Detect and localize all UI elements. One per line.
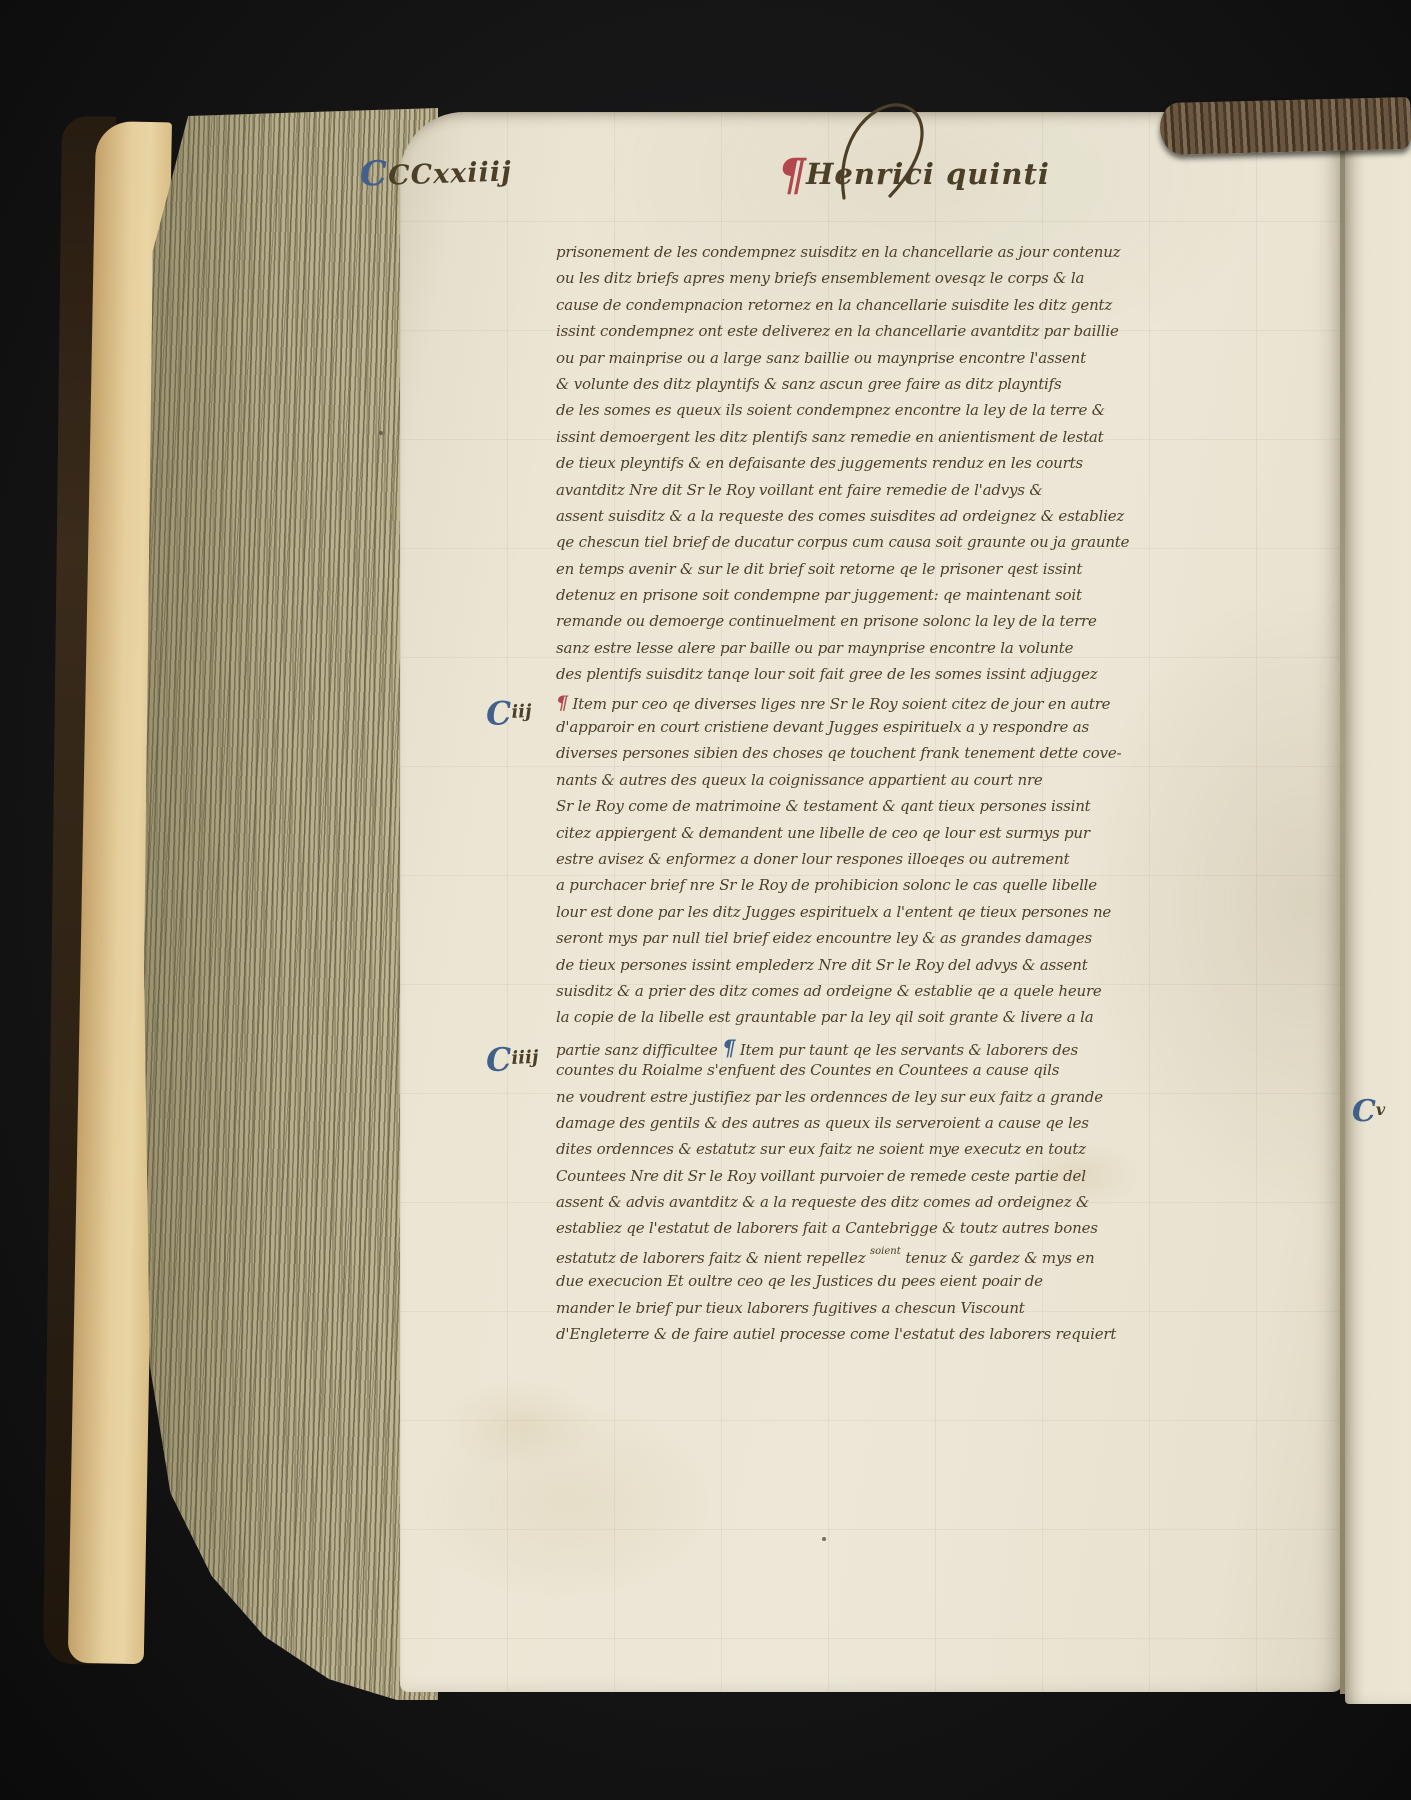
manuscript-line: partie sanz difficultee ¶ Item pur taunt… — [556, 1035, 1156, 1061]
manuscript-line: avantditz Nre dit Sr le Roy voillant ent… — [556, 481, 1156, 507]
manuscript-line: Countees Nre dit Sr le Roy voillant purv… — [556, 1167, 1156, 1193]
folio-initial: C — [359, 154, 388, 195]
manuscript-line: establiez qe l'estatut de laborers fait … — [556, 1219, 1156, 1245]
manuscript-line: en temps avenir & sur le dit brief soit … — [556, 560, 1156, 586]
margin-mark-initial: C — [485, 694, 512, 733]
spine-headband — [1159, 97, 1411, 155]
manuscript-line: estatutz de laborers faitz & nient repel… — [556, 1246, 1156, 1272]
manuscript-line: ne voudrent estre justifiez par les orde… — [556, 1088, 1156, 1114]
manuscript-line: dites ordennces & estatutz sur eux faitz… — [556, 1140, 1156, 1166]
ink-speck — [822, 1537, 826, 1541]
manuscript-line: assent & advis avantditz & a la requeste… — [556, 1193, 1156, 1219]
manuscript-line: d'Engleterre & de faire autiel processe … — [556, 1325, 1156, 1351]
manuscript-line: lour est done par les ditz Jugges espiri… — [556, 903, 1156, 929]
manuscript-line: seront mys par null tiel brief eidez enc… — [556, 929, 1156, 955]
margin-chapter-number-104: Ciiij — [485, 1039, 539, 1080]
manuscript-line: la copie de la libelle est grauntable pa… — [556, 1008, 1156, 1034]
manuscript-line: prisonement de les condempnez suisditz e… — [556, 243, 1156, 269]
manuscript-line: estre avisez & enformez a doner lour res… — [556, 850, 1156, 876]
manuscript-line: sanz estre lesse alere par baille ou par… — [556, 639, 1156, 665]
manuscript-line: & volunte des ditz playntifs & sanz ascu… — [556, 375, 1156, 401]
manuscript-line: due execucion Et oultre ceo qe les Justi… — [556, 1272, 1156, 1298]
manuscript-line: d'apparoir en court cristiene devant Jug… — [556, 718, 1156, 744]
next-mark-initial: C — [1352, 1094, 1376, 1129]
margin-mark-numeral: iiij — [511, 1047, 539, 1069]
manuscript-line: qe chescun tiel brief de ducatur corpus … — [556, 533, 1156, 559]
manuscript-line: citez appiergent & demandent une libelle… — [556, 824, 1156, 850]
folio-number: CCCxxiiij — [359, 149, 512, 194]
ink-speck — [379, 431, 383, 435]
running-header: ¶Henrici quinti — [778, 150, 1050, 201]
manuscript-line: de les somes es queux ils soient condemp… — [556, 401, 1156, 427]
margin-mark-initial: C — [485, 1040, 512, 1079]
manuscript-line: cause de condempnacion retornez en la ch… — [556, 296, 1156, 322]
manuscript-line: diverses persones sibien des choses qe t… — [556, 744, 1156, 770]
folio-numeral: CCxxiiij — [388, 156, 513, 191]
manuscript-line: countes du Roialme s'enfuent des Countes… — [556, 1061, 1156, 1087]
manuscript-text-block: prisonement de les condempnez suisditz e… — [556, 243, 1156, 1351]
manuscript-line: detenuz en prisone soit condempne par ju… — [556, 586, 1156, 612]
manuscript-line: a purchacer brief nre Sr le Roy de prohi… — [556, 876, 1156, 902]
manuscript-line: ou par mainprise ou a large sanz baillie… — [556, 349, 1156, 375]
next-page-edge — [1345, 124, 1411, 1704]
manuscript-line: mander le brief pur tieux laborers fugit… — [556, 1299, 1156, 1325]
photograph-background: CCCxxiiij ¶Henrici quinti prisonement de… — [0, 0, 1411, 1800]
manuscript-line: Sr le Roy come de matrimoine & testament… — [556, 797, 1156, 823]
margin-chapter-number-103: Ciij — [485, 693, 533, 733]
page-stack-fore-edges — [144, 108, 438, 1700]
manuscript-line: remande ou demoerge continuelment en pri… — [556, 612, 1156, 638]
next-mark-numeral: v — [1376, 1100, 1385, 1119]
manuscript-line: ¶ Item pur ceo qe diverses liges nre Sr … — [556, 692, 1156, 718]
manuscript-line: issint condempnez ont este deliverez en … — [556, 322, 1156, 348]
manuscript-line: suisditz & a prier des ditz comes ad ord… — [556, 982, 1156, 1008]
next-page-chapter-mark: Cv — [1352, 1094, 1385, 1129]
initial-flourish — [830, 92, 960, 202]
manuscript-line: des plentifs suisditz tanqe lour soit fa… — [556, 665, 1156, 691]
manuscript-line: nants & autres des queux la coignissance… — [556, 771, 1156, 797]
manuscript-line: de tieux persones issint emplederz Nre d… — [556, 956, 1156, 982]
manuscript-line: assent suisditz & a la requeste des come… — [556, 507, 1156, 533]
manuscript-line: issint demoergent les ditz plentifs sanz… — [556, 428, 1156, 454]
margin-mark-numeral: iij — [511, 701, 532, 723]
manuscript-line: de tieux pleyntifs & en defaisante des j… — [556, 454, 1156, 480]
manuscript-line: ou les ditz briefs apres meny briefs ens… — [556, 269, 1156, 295]
heading-pilcrow: ¶ — [778, 150, 806, 201]
manuscript-line: damage des gentils & des autres as queux… — [556, 1114, 1156, 1140]
